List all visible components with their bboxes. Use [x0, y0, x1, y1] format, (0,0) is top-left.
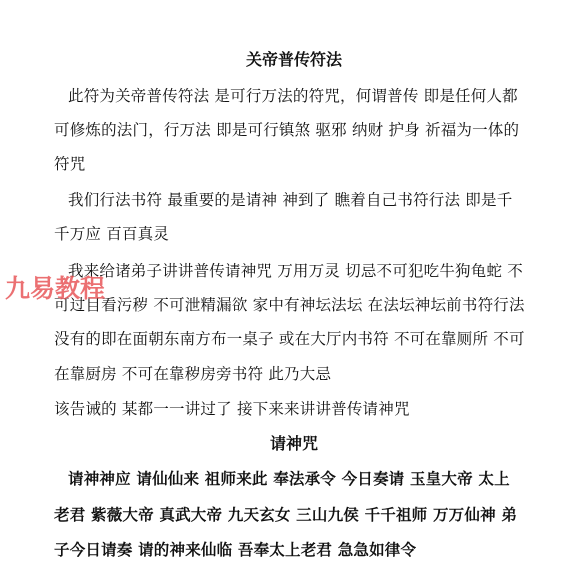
paragraph-1-line-2: 可修炼的法门，行万法 即是可行镇煞 驱邪 纳财 护身 祈福为一体的 — [54, 118, 519, 140]
paragraph-1-line-1: 此符为关帝普传符法 是可行万法的符咒，何谓普传 即是任何人都 — [68, 84, 518, 106]
watermark-logo: 九易教程 — [5, 269, 105, 305]
incantation-line-2: 老君 紫薇大帝 真武大帝 九天玄女 三山九侯 千千祖师 万万仙神 弟 — [54, 503, 517, 525]
incantation-title: 请神咒 — [54, 431, 534, 454]
paragraph-3-line-1: 我来给诸弟子讲讲普传请神咒 万用万灵 切忌不可犯吃牛狗龟蛇 不 — [68, 259, 523, 281]
paragraph-3-line-2: 可过目看污秽 不可泄精漏欲 家中有神坛法坛 在法坛神坛前书符行法 — [54, 293, 525, 315]
incantation-line-3: 子今日请奏 请的神来仙临 吾奉太上老君 急急如律令 — [54, 538, 416, 560]
paragraph-2-line-1: 我们行法书符 最重要的是请神 神到了 瞧着自己书符行法 即是千 — [68, 188, 512, 210]
paragraph-3-line-4: 在靠厨房 不可在靠秽房旁书符 此乃大忌 — [54, 362, 331, 384]
paragraph-3-line-3: 没有的即在面朝东南方布一桌子 或在大厅内书符 不可在靠厕所 不可 — [54, 327, 525, 349]
paragraph-1-line-3: 符咒 — [54, 152, 85, 174]
paragraph-2-line-2: 千万应 百百真灵 — [54, 222, 169, 244]
paragraph-4-line-1: 该告诫的 某都一一讲过了 接下来来讲讲普传请神咒 — [54, 397, 410, 419]
document-title: 关帝普传符法 — [54, 47, 534, 70]
incantation-line-1: 请神神应 请仙仙来 祖师来此 奉法承令 今日奏请 玉皇大帝 太上 — [68, 467, 510, 489]
